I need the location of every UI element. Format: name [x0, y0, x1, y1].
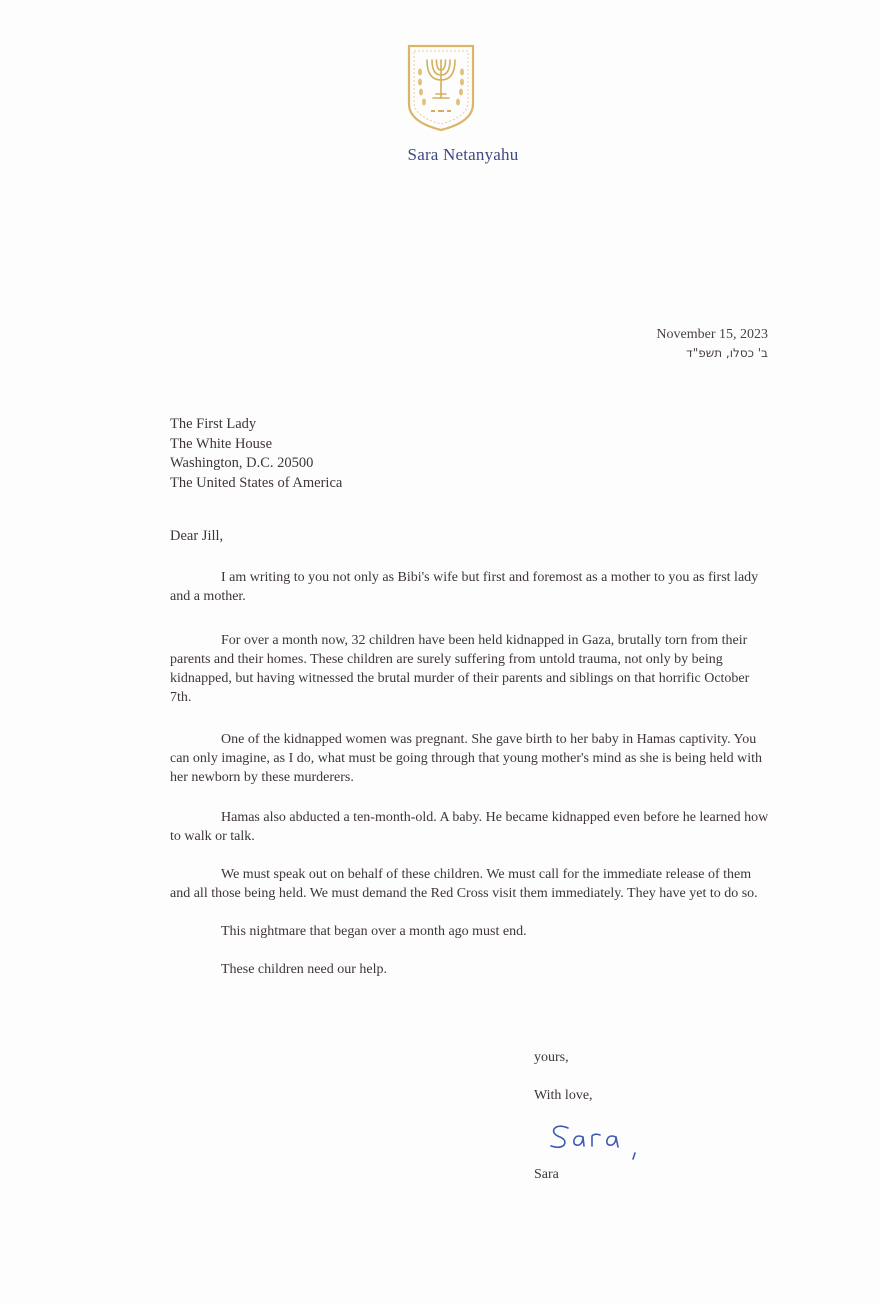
- body-paragraph: For over a month now, 32 children have b…: [170, 631, 770, 707]
- body-paragraph: One of the kidnapped women was pregnant.…: [170, 730, 770, 787]
- body-paragraph: I am writing to you not only as Bibi's w…: [170, 568, 770, 606]
- body-paragraph: We must speak out on behalf of these chi…: [170, 865, 770, 903]
- letter-page: Sara Netanyahu November 15, 2023 ב' כסלו…: [0, 0, 880, 1303]
- body-paragraph: These children need our help.: [170, 960, 770, 979]
- recipient-address: The First Lady The White House Washingto…: [170, 415, 342, 493]
- closing-yours: yours,: [534, 1050, 569, 1066]
- date-gregorian: November 15, 2023: [656, 325, 768, 344]
- recipient-line: The United States of America: [170, 474, 342, 494]
- body-paragraph: This nightmare that began over a month a…: [170, 922, 770, 941]
- recipient-line: The First Lady: [170, 415, 342, 435]
- closing-love: With love,: [534, 1088, 593, 1104]
- recipient-line: The White House: [170, 435, 342, 455]
- recipient-line: Washington, D.C. 20500: [170, 454, 342, 474]
- date-hebrew: ב' כסלו, תשפ"ד: [656, 344, 768, 363]
- date-block: November 15, 2023 ב' כסלו, תשפ"ד: [656, 325, 768, 363]
- letter-body: I am writing to you not only as Bibi's w…: [170, 568, 770, 1000]
- salutation: Dear Jill,: [170, 528, 223, 545]
- handwritten-signature: [548, 1116, 658, 1162]
- closing-name: Sara: [534, 1167, 559, 1183]
- body-paragraph: Hamas also abducted a ten-month-old. A b…: [170, 808, 770, 846]
- state-emblem-icon: [405, 42, 477, 132]
- letterhead-name: Sara Netanyahu: [0, 145, 880, 165]
